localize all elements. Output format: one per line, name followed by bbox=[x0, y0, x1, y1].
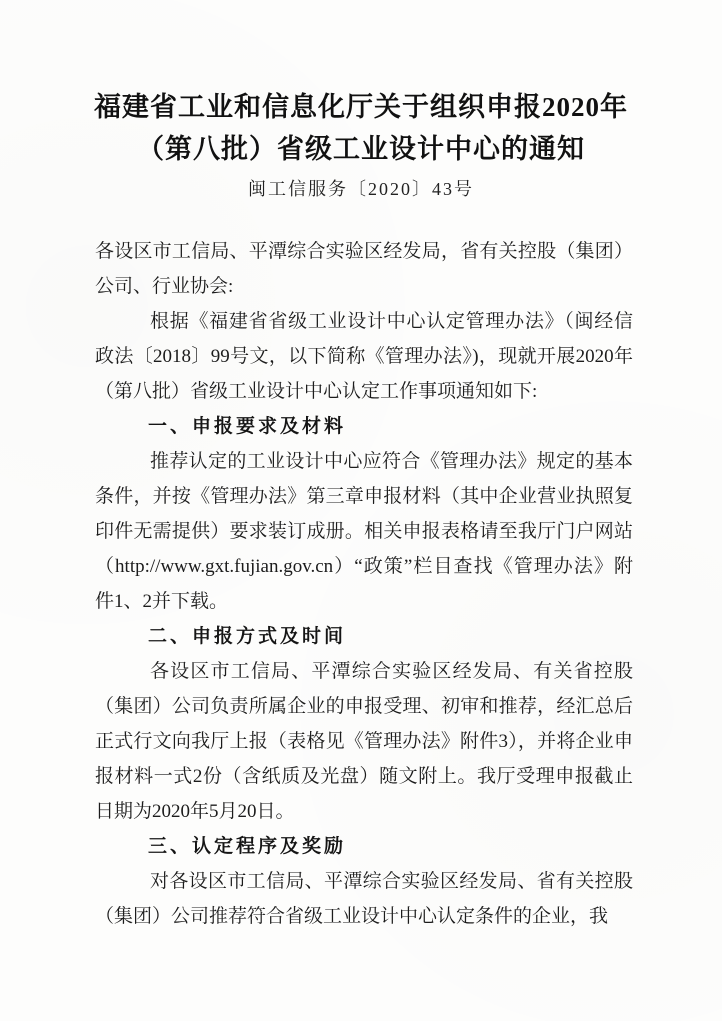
document-header: 福建省工业和信息化厅关于组织申报2020年 （第八批）省级工业设计中心的通知 闽… bbox=[0, 0, 722, 201]
document-title-line-2: （第八批）省级工业设计中心的通知 bbox=[0, 128, 722, 170]
section-heading-2: 二、申报方式及时间 bbox=[95, 619, 633, 654]
section-paragraph-3: 对各设区市工信局、平潭综合实验区经发局、省有关控股（集团）公司推荐符合省级工业设… bbox=[95, 864, 633, 934]
section-paragraph-2: 各设区市工信局、平潭综合实验区经发局、有关省控股（集团）公司负责所属企业的申报受… bbox=[95, 654, 633, 829]
document-page: 福建省工业和信息化厅关于组织申报2020年 （第八批）省级工业设计中心的通知 闽… bbox=[0, 0, 722, 1021]
document-number: 闽工信服务〔2020〕43号 bbox=[0, 177, 722, 201]
document-title: 福建省工业和信息化厅关于组织申报2020年 （第八批）省级工业设计中心的通知 bbox=[0, 86, 722, 170]
document-title-line-1: 福建省工业和信息化厅关于组织申报2020年 bbox=[0, 86, 722, 128]
section-heading-1: 一、申报要求及材料 bbox=[95, 409, 633, 444]
salutation-paragraph: 各设区市工信局、平潭综合实验区经发局，省有关控股（集团）公司、行业协会: bbox=[95, 234, 633, 304]
section-paragraph-1: 推荐认定的工业设计中心应符合《管理办法》规定的基本条件，并按《管理办法》第三章申… bbox=[95, 444, 633, 619]
intro-paragraph: 根据《福建省省级工业设计中心认定管理办法》（闽经信政法〔2018〕99号文，以下… bbox=[95, 304, 633, 409]
document-body: 各设区市工信局、平潭综合实验区经发局，省有关控股（集团）公司、行业协会: 根据《… bbox=[95, 234, 633, 934]
section-heading-3: 三、认定程序及奖励 bbox=[95, 829, 633, 864]
